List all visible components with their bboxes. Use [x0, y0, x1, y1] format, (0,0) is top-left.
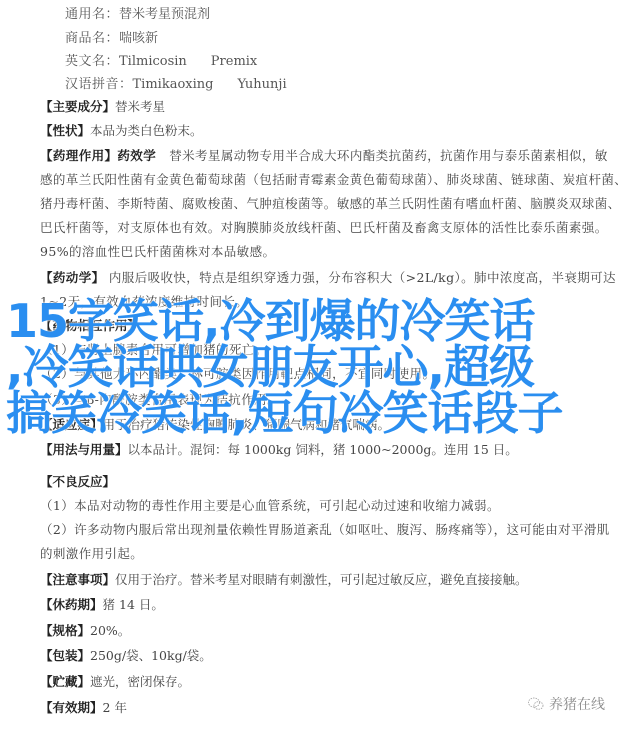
overlay-title-line: 15字笑话,冷到爆的冷笑话 [6, 298, 640, 344]
para-line: 内服后吸收快，特点是组织穿透力强，分布容积大（>2L/kg）。肺中浓度高，半衰期… [109, 270, 616, 285]
para-line: （1）本品对动物的毒性作用主要是心血管系统，可引起心动过速和收缩力减弱。 [40, 498, 620, 514]
english-name-row: 英文名：TilmicosinPremix [65, 54, 257, 70]
section-text: 仅用于治疗。替米考星对眼睛有刺激性，可引起过敏反应，避免直接接触。 [115, 572, 528, 587]
section-spec: 【规格】20%。 [40, 623, 130, 639]
section-pharmacology: 【药理作用】药效学 替米考星属动物专用半合成大环内酯类抗菌药，抗菌作用与泰乐菌素… [40, 148, 620, 164]
generic-name-label: 通用名： [65, 7, 119, 22]
para-line: 替米考星属动物专用半合成大环内酯类抗菌药，抗菌作用与泰乐菌素相似，敏 [169, 148, 608, 163]
section-label: 【休药期】 [40, 597, 103, 612]
overlay-title-line: 搞笑冷笑话,短句冷笑话段子 [6, 390, 640, 436]
section-label: 【贮藏】 [40, 674, 90, 689]
section-text: 以本品计。混饲：每 1000kg 饲料，猪 1000~2000g。连用 15 日… [128, 442, 518, 457]
section-label: 【包装】 [40, 648, 90, 663]
section-label: 【不良反应】 [40, 474, 115, 489]
english-name-label: 英文名： [65, 54, 119, 69]
section-label: 【注意事项】 [40, 572, 115, 587]
watermark: 养猪在线 [528, 694, 605, 714]
section-label: 【用法与用量】 [40, 442, 128, 457]
section-label: 【有效期】 [40, 700, 103, 715]
section-withdrawal: 【休药期】猪 14 日。 [40, 597, 164, 613]
watermark-text: 养猪在线 [549, 694, 605, 714]
pinyin-value-1: Timikaoxing [133, 77, 214, 92]
section-text: 20%。 [90, 623, 130, 638]
section-precautions: 【注意事项】仅用于治疗。替米考星对眼睛有刺激性，可引起过敏反应，避免直接接触。 [40, 572, 528, 588]
section-appearance: 【性状】本品为类白色粉末。 [40, 123, 203, 139]
section-dosage: 【用法与用量】以本品计。混饲：每 1000kg 饲料，猪 1000~2000g。… [40, 442, 518, 458]
para-line: 的刺激作用引起。 [40, 546, 620, 562]
section-label: 【药理作用】 [40, 148, 117, 163]
section-text: 猪 14 日。 [103, 597, 164, 612]
section-sublabel: 药效学 [117, 148, 156, 163]
generic-name-value: 替米考星预混剂 [119, 7, 210, 22]
para-line: 巴氏杆菌等，对支原体也有效。对胸膜肺炎放线杆菌、巴氏杆菌及畜禽支原体的活性比泰乐… [40, 220, 620, 236]
para-line: （2）许多动物内服后常出现剂量依赖性胃肠道紊乱（如呕吐、腹泻、肠疼痛等），这可能… [40, 522, 620, 538]
para-line: 95%的溶血性巴氏杆菌菌株对本品敏感。 [40, 244, 620, 260]
para-line: 感的革兰氏阳性菌有金黄色葡萄球菌（包括耐青霉素金黄色葡萄球菌）、肺炎球菌、链球菌… [40, 172, 620, 188]
para-line: 猪丹毒杆菌、李斯特菌、腐败梭菌、气肿疽梭菌等。敏感的革兰氏阴性菌有嗜血杆菌、脑膜… [40, 196, 620, 212]
section-text: 替米考星 [115, 99, 165, 114]
section-adverse: 【不良反应】 [40, 474, 115, 490]
section-storage: 【贮藏】遮光，密闭保存。 [40, 674, 190, 690]
section-package: 【包装】250g/袋、10kg/袋。 [40, 648, 212, 664]
pinyin-value-2: Yuhunji [237, 77, 286, 92]
overlay-title: 15字笑话,冷到爆的冷笑话 ,冷笑话哄女朋友开心,超级 搞笑冷笑话,短句冷笑话段… [6, 298, 640, 436]
section-text: 本品为类白色粉末。 [90, 123, 203, 138]
section-label: 【药动学】 [40, 270, 105, 285]
trade-name-row: 商品名：喘咳新 [65, 31, 158, 47]
english-name-value-1: Tilmicosin [119, 54, 187, 69]
section-ingredient: 【主要成分】替米考星 [40, 99, 165, 115]
section-text: 250g/袋、10kg/袋。 [90, 648, 212, 663]
section-label: 【性状】 [40, 123, 90, 138]
section-text: 遮光，密闭保存。 [90, 674, 190, 689]
trade-name-label: 商品名： [65, 31, 119, 46]
trade-name-value: 喘咳新 [119, 31, 158, 46]
section-pharmacokinetics: 【药动学】 内服后吸收快，特点是组织穿透力强，分布容积大（>2L/kg）。肺中浓… [40, 270, 620, 286]
overlay-title-line: ,冷笑话哄女朋友开心,超级 [6, 344, 640, 390]
wechat-icon [528, 697, 544, 711]
section-text: 2 年 [103, 700, 127, 715]
generic-name-row: 通用名：替米考星预混剂 [65, 7, 210, 23]
pinyin-label: 汉语拼音： [65, 77, 133, 92]
section-label: 【规格】 [40, 623, 90, 638]
section-validity: 【有效期】2 年 [40, 700, 127, 716]
section-label: 【主要成分】 [40, 99, 115, 114]
english-name-value-2: Premix [211, 54, 257, 69]
pinyin-row: 汉语拼音：TimikaoxingYuhunji [65, 77, 287, 93]
